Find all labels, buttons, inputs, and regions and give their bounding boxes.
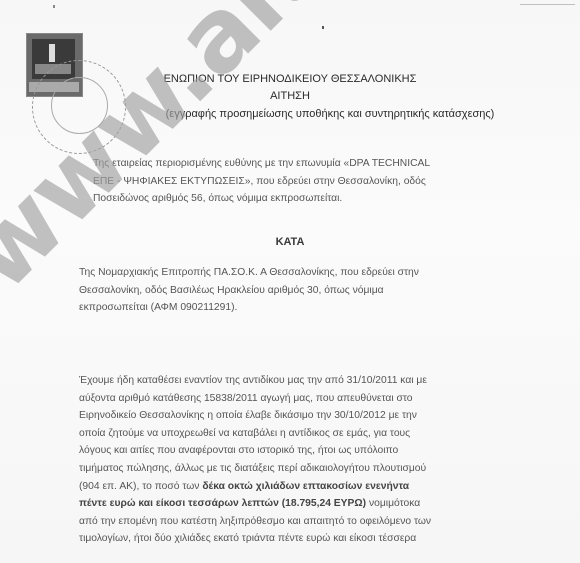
scanned-document-page: ΕΝΩΠΙΟΝ ΤΟΥ ΕΙΡΗΝΟΔΙΚΕΙΟΥ ΘΕΣΣΑΛΟΝΙΚΗΣ Α… (0, 0, 580, 563)
text-line: Ειρηνοδικείο Θεσσαλονίκης η οποία έλαβε … (79, 407, 494, 425)
text-line: οποία ζητούμε να υποχρεωθεί να καταβάλει… (79, 425, 494, 443)
text-line: Ποσειδώνος αριθμός 56, όπως νόμιμα εκπρο… (79, 190, 494, 208)
text-line: Θεσσαλονίκη, οδός Βασιλέως Ηρακλείου αρι… (79, 282, 494, 300)
applicant-paragraph: Της εταιρείας περιορισμένης ευθύνης με τ… (79, 155, 494, 208)
text-span: νομιμότοκα (366, 498, 420, 509)
text-line: (904 επ. ΑΚ), το ποσό των δέκα οκτώ χιλι… (79, 478, 494, 496)
text-span: (904 επ. ΑΚ), το ποσό των (79, 481, 202, 492)
text-line: εκπροσωπείται (ΑΦΜ 090211291). (79, 299, 494, 317)
respondent-paragraph: Της Νομαρχιακής Επιτροπής ΠΑ.ΣΟ.Κ. Α Θεσ… (79, 264, 494, 317)
text-line: από την επομένη που κατέστη ληξιπρόθεσμο… (79, 513, 494, 531)
text-line: Έχουμε ήδη καταθέσει εναντίον της αντιδί… (79, 372, 494, 390)
text-line: αύξοντα αριθμό κατάθεσης 15838/2011 αγωγ… (79, 390, 494, 408)
body-paragraph: Έχουμε ήδη καταθέσει εναντίον της αντιδί… (79, 372, 494, 548)
text-line: πέντε ευρώ και είκοσι τεσσάρων λεπτών (1… (79, 495, 494, 513)
text-line: τιμολογίων, ήτοι δύο χιλιάδες εκατό τριά… (79, 530, 494, 548)
scan-artifact-dot (53, 5, 55, 8)
document-title: ΑΙΤΗΣΗ (0, 90, 580, 102)
against-heading: ΚΑΤΑ (0, 236, 580, 248)
text-line: λόγους και αιτίες που αναφέρονται στο ισ… (79, 442, 494, 460)
text-line: Της Νομαρχιακής Επιτροπής ΠΑ.ΣΟ.Κ. Α Θεσ… (79, 264, 494, 282)
amount-words: πέντε ευρώ και είκοσι τεσσάρων λεπτών (1… (79, 498, 366, 509)
amount-words: δέκα οκτώ χιλιάδων επτακοσίων ενενήντα (202, 481, 409, 492)
court-heading: ΕΝΩΠΙΟΝ ΤΟΥ ΕΙΡΗΝΟΔΙΚΕΙΟΥ ΘΕΣΣΑΛΟΝΙΚΗΣ (0, 73, 580, 85)
text-line: Της εταιρείας περιορισμένης ευθύνης με τ… (79, 155, 494, 173)
text-line: ΕΠΕ - ΨΗΦΙΑΚΕΣ ΕΚΤΥΠΩΣΕΙΣ», που εδρεύει … (79, 173, 494, 191)
text-line: τιμήματος πώλησης, άλλως με τις διατάξει… (79, 460, 494, 478)
scan-artifact-line (520, 4, 575, 5)
scan-artifact-dot (322, 26, 324, 29)
document-subtitle: (εγγραφής προσημείωσης υποθήκης και συντ… (40, 108, 580, 120)
